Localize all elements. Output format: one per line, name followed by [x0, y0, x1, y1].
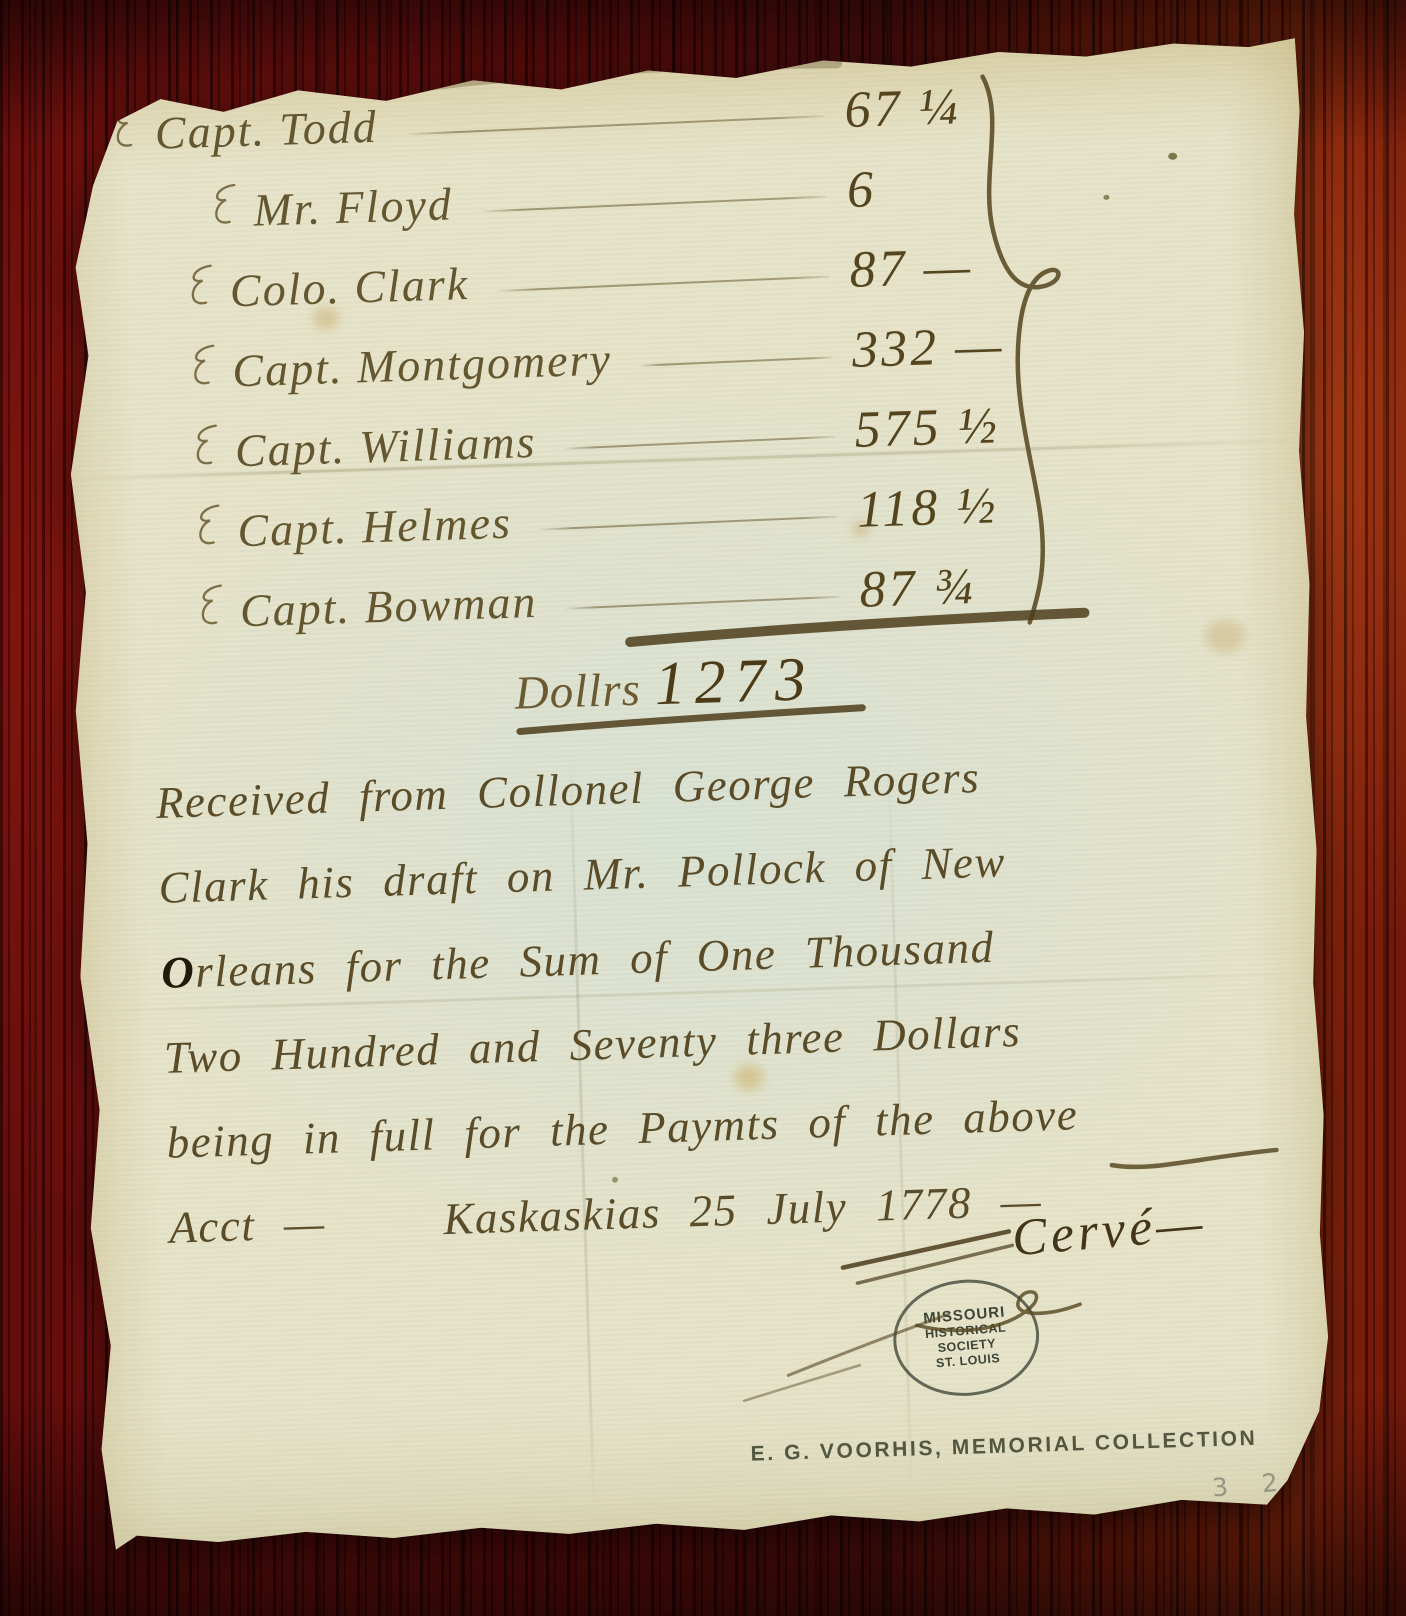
photo-of-receipt: { "document": { "ledger": { "rows": [ {"…: [0, 0, 1406, 1616]
flourish-mark-icon: [190, 420, 222, 479]
missouri-historical-society-stamp: MISSOURI HISTORICAL SOCIETY ST. LOUIS: [889, 1274, 1044, 1402]
leader-line: [564, 596, 840, 610]
place-dateline: Kaskaskias 25 July 1778 —: [442, 1158, 1043, 1262]
flourish-mark-icon: [193, 500, 225, 559]
leader-line: [563, 436, 835, 450]
receipt-paper: Capt. Todd 67 ¼ Mr. Floyd 6 Colo. Clark …: [47, 37, 1345, 1554]
ledger-row: Colo. Clark 87 —: [185, 233, 1088, 317]
ledger-name: Capt. Montgomery: [232, 332, 613, 397]
total-line: Dollrs 1273: [513, 644, 815, 724]
ledger-row: Capt. Williams 575 ½: [190, 393, 1093, 477]
ledger-name: Capt. Bowman: [239, 575, 538, 637]
ledger-value: 118 ½: [856, 473, 1096, 539]
ledger-value: 67 ¼: [844, 74, 1084, 140]
acct-abbrev: Acct —: [168, 1181, 327, 1271]
leader-line: [479, 195, 827, 212]
flourish-mark-icon: [195, 580, 227, 639]
ledger-row: Capt. Bowman 87 ¾: [195, 553, 1098, 637]
total-value: 1273: [654, 644, 816, 720]
ledger-value: 87 —: [849, 233, 1089, 299]
ledger-list: Capt. Todd 67 ¼ Mr. Floyd 6 Colo. Clark …: [110, 74, 1099, 664]
receipt-paper-wrap: Capt. Todd 67 ¼ Mr. Floyd 6 Colo. Clark …: [70, 56, 1322, 1534]
stain: [1205, 619, 1246, 654]
pencil-catalog-number: 3 2 0: [1211, 1463, 1342, 1503]
ledger-value: 332 —: [851, 313, 1091, 379]
ledger-row: Capt. Todd 67 ¼: [110, 74, 1083, 161]
ledger-row: Capt. Montgomery 332 —: [188, 313, 1091, 397]
speck: [1168, 153, 1177, 160]
leader-line: [404, 115, 825, 135]
ledger-row: Capt. Helmes 118 ½: [193, 473, 1096, 557]
flourish-mark-icon: [208, 179, 240, 238]
leader-line: [495, 275, 830, 292]
flourish-mark-icon: [185, 260, 217, 319]
total-label: Dollrs: [514, 663, 642, 721]
ledger-value: 575 ½: [854, 393, 1094, 459]
ledger-name: Capt. Williams: [234, 415, 537, 477]
speck: [1103, 195, 1109, 200]
receipt-body: Received from Collonel George Rogers Cla…: [155, 726, 1278, 1271]
ledger-value: 6: [846, 153, 1086, 219]
ledger-name: Colo. Clark: [229, 257, 470, 317]
ledger-name: Mr. Floyd: [253, 177, 454, 236]
flourish-mark-icon: [110, 102, 142, 161]
ledger-name: Capt. Todd: [154, 100, 378, 160]
ledger-value: 87 ¾: [859, 553, 1099, 619]
ledger-name: Capt. Helmes: [237, 496, 513, 558]
leader-line: [638, 356, 832, 366]
voorhis-collection-stamp: E. G. VOORHIS, MEMORIAL COLLECTION: [750, 1427, 1257, 1467]
ledger-row: Mr. Floyd 6: [208, 153, 1085, 236]
flourish-mark-icon: [187, 340, 219, 399]
leader-line: [538, 516, 837, 531]
